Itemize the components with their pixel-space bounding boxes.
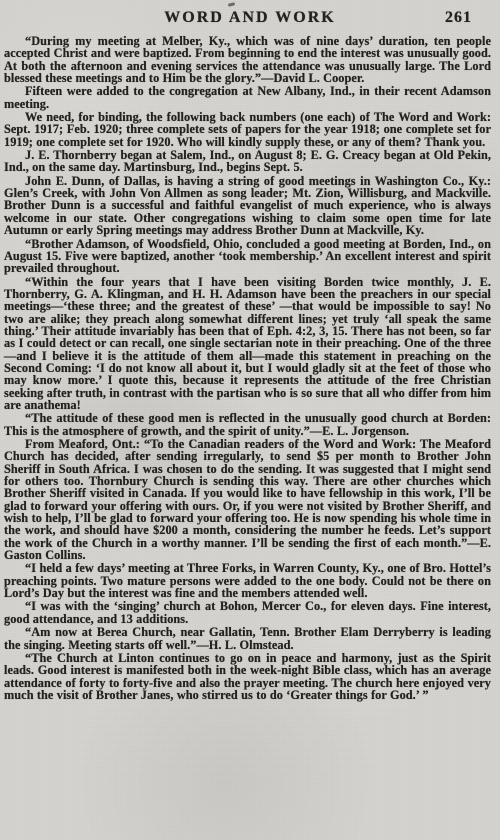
paragraph-thornberry-salem: J. E. Thornberry began at Salem, Ind., o… — [4, 149, 491, 174]
scanned-magazine-page: WORD AND WORK 261 “During my meeting at … — [0, 0, 500, 840]
paragraph-back-numbers: We need, for binding, the following back… — [4, 111, 491, 148]
paragraph-linton-church: “The Church at Linton continues to go on… — [4, 652, 491, 701]
paragraph-new-albany: Fifteen were added to the congregation a… — [4, 85, 491, 110]
paragraph-three-forks: “I held a few days’ meeting at Three For… — [4, 562, 491, 599]
paragraph-borden-four-years: “Within the four years that I have been … — [4, 276, 491, 412]
paragraph-john-dunn: John E. Dunn, of Dallas, is having a str… — [4, 175, 491, 237]
paragraph-melber-meeting: “During my meeting at Melber, Ky., which… — [4, 35, 491, 84]
paragraph-berea-church: “Am now at Berea Church, near Gallatin, … — [4, 626, 491, 651]
paragraph-bohon-singing: “I was with the ‘singing’ church at Boho… — [4, 600, 491, 625]
journal-title: WORD AND WORK — [0, 9, 500, 27]
paragraph-jorgenson-closing: “The attitude of these good men is refle… — [4, 412, 491, 437]
paragraph-adamson-borden: “Brother Adamson, of Woodsfield, Ohio, c… — [4, 238, 491, 275]
page-header: WORD AND WORK 261 — [0, 0, 500, 26]
paragraph-meaford-ontario: From Meaford, Ont.: “To the Canadian rea… — [4, 438, 491, 561]
article-body: “During my meeting at Melber, Ky., which… — [0, 26, 500, 701]
page-number: 261 — [445, 9, 472, 27]
